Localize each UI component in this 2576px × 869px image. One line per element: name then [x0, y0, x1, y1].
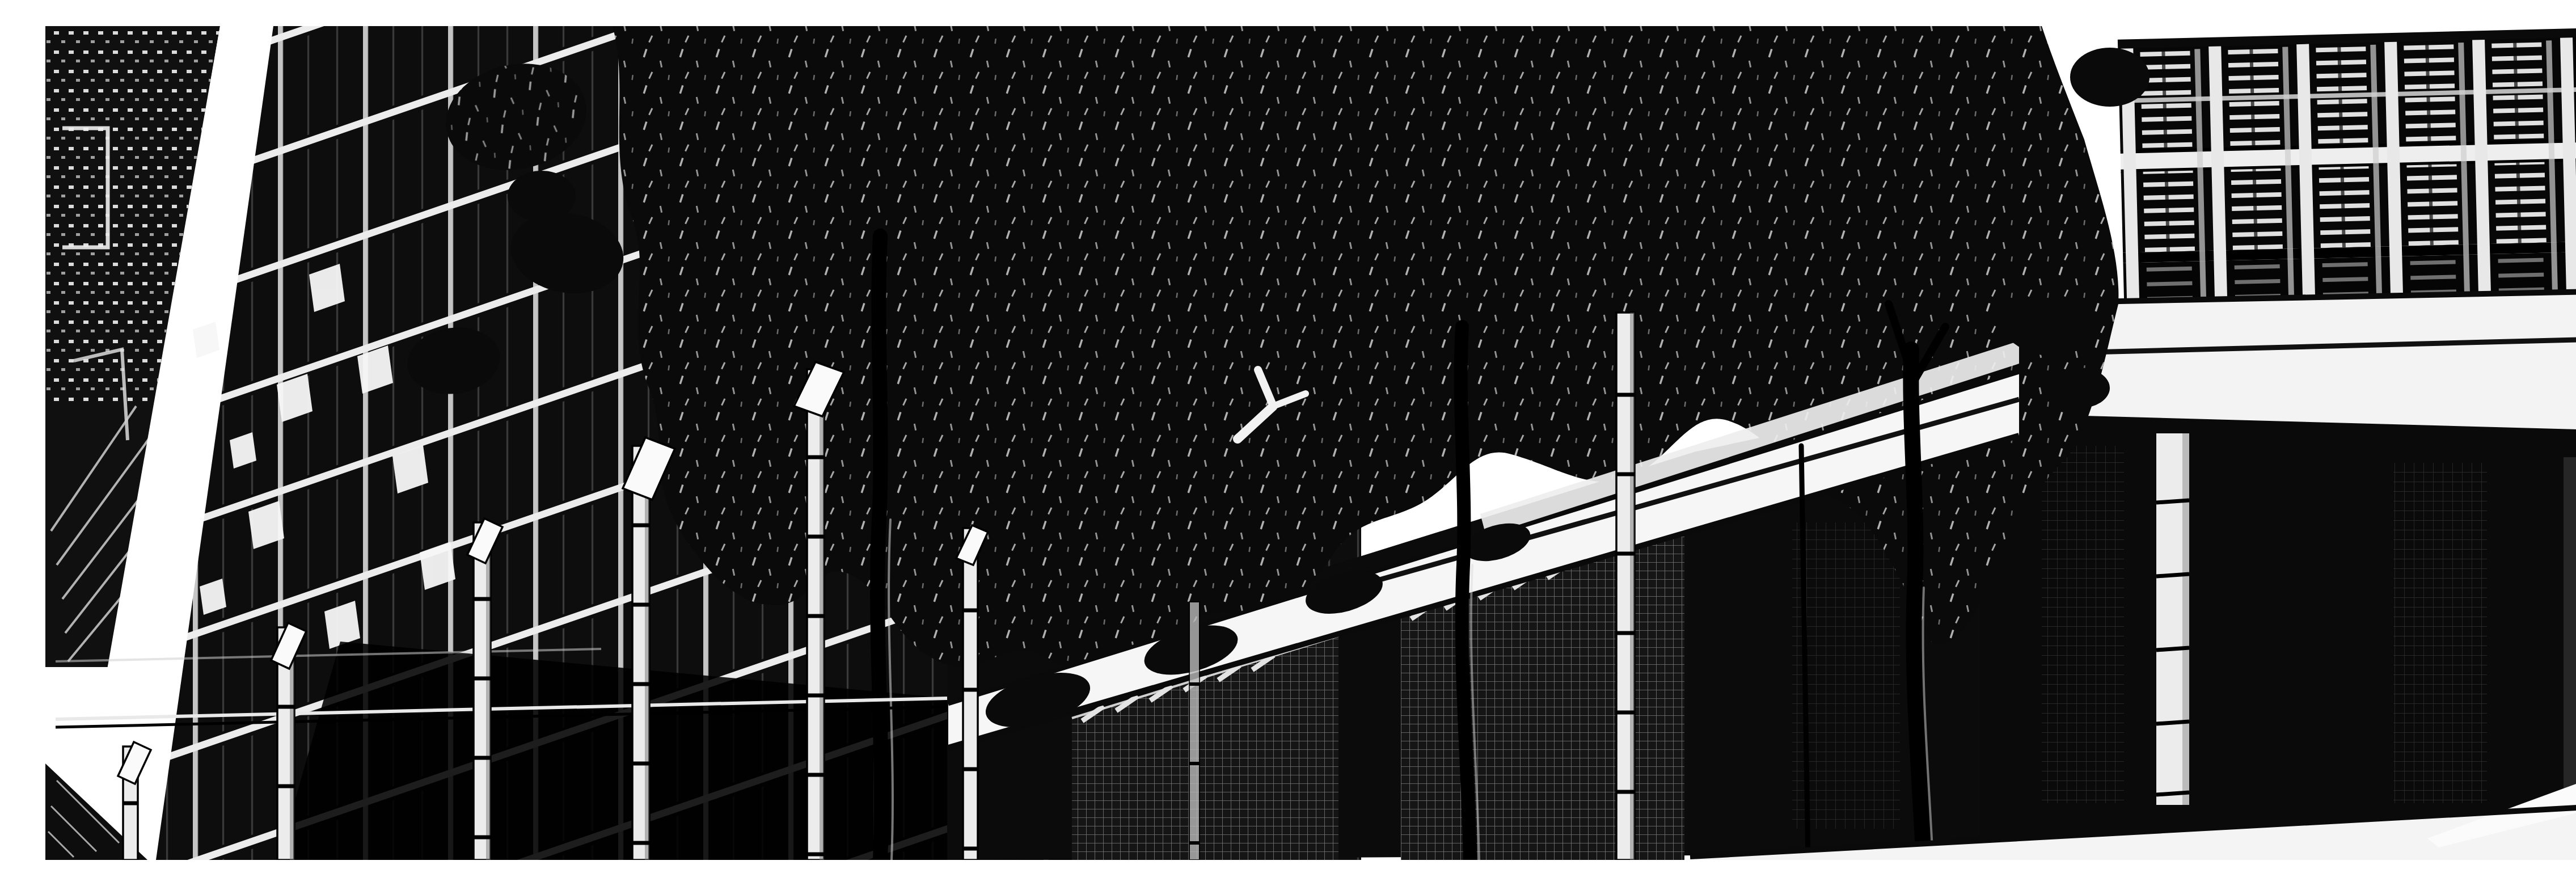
trellis-post	[1616, 313, 1635, 860]
lit-mullion-strip	[2156, 433, 2189, 805]
trellis-post	[1189, 602, 1200, 860]
office-block-right	[2118, 28, 2576, 309]
ink-drawing-svg: Black-and-white pen-and-ink illustration…	[23, 9, 2576, 860]
ground-floor-right	[1979, 413, 2576, 847]
illustration-canvas: Black-and-white pen-and-ink illustration…	[23, 9, 2576, 860]
